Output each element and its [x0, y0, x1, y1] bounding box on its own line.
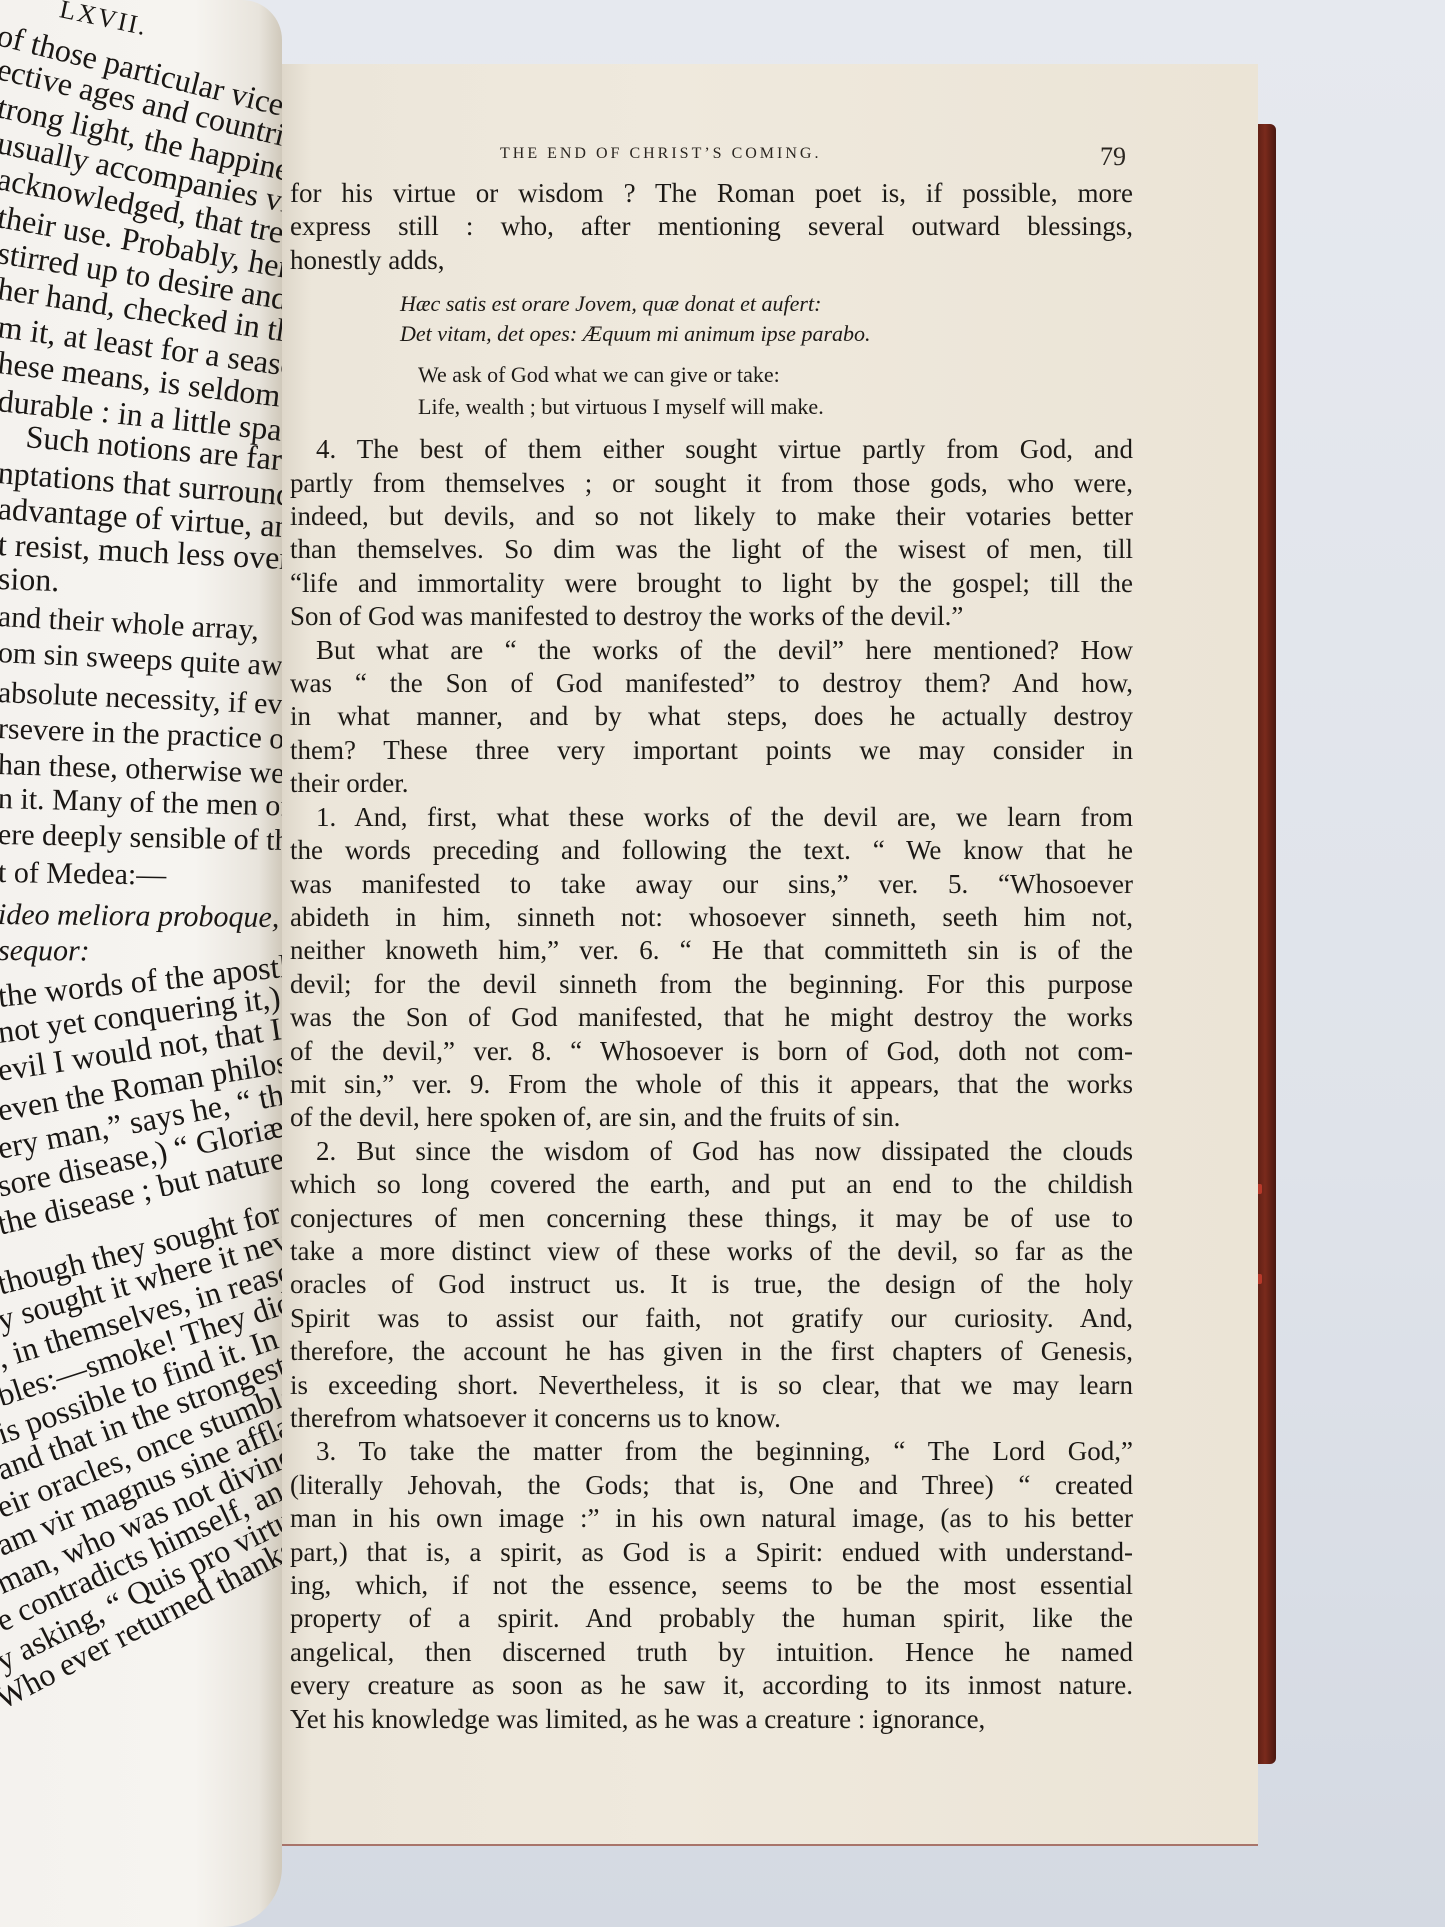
text-line: express still : who, after mentioning se…	[290, 210, 1133, 243]
text-line: Yet his knowledge was limited, as he was…	[290, 1703, 1133, 1736]
paragraph-4: 4. The best of them either sought virtue…	[290, 433, 1133, 633]
left-text-line: sequor:	[0, 934, 90, 968]
text-line: conjectures of men concerning these thin…	[290, 1202, 1133, 1235]
paragraph-3: 3. To take the matter from the beginning…	[290, 1435, 1133, 1736]
text-line: “life and immortality were brought to li…	[290, 567, 1133, 600]
text-line: Spirit was to assist our faith, not grat…	[290, 1302, 1133, 1335]
text-line: take a more distinct view of these works…	[290, 1235, 1133, 1268]
paragraph-questions: But what are “ the works of the devil” h…	[290, 634, 1133, 801]
page-number: 79	[1100, 142, 1126, 172]
text-line: (literally Jehovah, the Gods; that is, O…	[290, 1469, 1133, 1502]
text-line: of the devil,” ver. 8. “ Whosoever is bo…	[290, 1035, 1133, 1068]
book-cover-edge	[1256, 124, 1276, 1764]
text-line: man in his own image :” in his own natur…	[290, 1502, 1133, 1535]
running-head: THE END OF CHRIST’S COMING.	[500, 145, 821, 163]
text-line: property of a spirit. And probably the h…	[290, 1602, 1133, 1635]
text-line: was manifested to take away our sins,” v…	[290, 868, 1133, 901]
left-text-line: sion.	[0, 560, 60, 599]
text-line: than themselves. So dim was the light of…	[290, 533, 1133, 566]
page-body-text: for his virtue or wisdom ? The Roman poe…	[290, 177, 1133, 1736]
text-line: of the devil, here spoken of, are sin, a…	[290, 1101, 1133, 1134]
text-line: in what manner, and by what steps, does …	[290, 700, 1133, 733]
english-verse-line: Life, wealth ; but virtuous I myself wil…	[290, 391, 1133, 423]
text-line: 2. But since the wisdom of God has now d…	[290, 1135, 1133, 1168]
paragraph-1: 1. And, first, what these works of the d…	[290, 801, 1133, 1135]
text-line: therefore, the account he has given in t…	[290, 1335, 1133, 1368]
text-line: 1. And, first, what these works of the d…	[290, 801, 1133, 834]
left-text-line: t of Medea:—	[0, 856, 167, 893]
text-line: for his virtue or wisdom ? The Roman poe…	[290, 177, 1133, 210]
text-line: 3. To take the matter from the beginning…	[290, 1435, 1133, 1468]
text-line: the words preceding and following the te…	[290, 834, 1133, 867]
text-line: abideth in him, sinneth not: whosoever s…	[290, 901, 1133, 934]
text-line: them? These three very important points …	[290, 734, 1133, 767]
text-line: was “ the Son of God manifested” to dest…	[290, 667, 1133, 700]
text-line: was the Son of God manifested, that he m…	[290, 1001, 1133, 1034]
text-line: honestly adds,	[290, 244, 1133, 277]
verse-quotation: Hæc satis est orare Jovem, quæ donat et …	[290, 289, 1133, 423]
text-line: mit sin,” ver. 9. From the whole of this…	[290, 1068, 1133, 1101]
text-line: part,) that is, a spirit, as God is a Sp…	[290, 1536, 1133, 1569]
text-line: every creature as soon as he saw it, acc…	[290, 1669, 1133, 1702]
latin-verse-line: Hæc satis est orare Jovem, quæ donat et …	[290, 289, 1133, 319]
text-line: 4. The best of them either sought virtue…	[290, 433, 1133, 466]
text-line: neither knoweth him,” ver. 6. “ He that …	[290, 934, 1133, 967]
left-text-line: ideo meliora proboque,	[0, 898, 280, 935]
text-line: Son of God was manifested to destroy the…	[290, 600, 1133, 633]
paragraph-2: 2. But since the wisdom of God has now d…	[290, 1135, 1133, 1436]
text-line: But what are “ the works of the devil” h…	[290, 634, 1133, 667]
left-page-curled: LXVII. of those particular vices whectiv…	[0, 0, 282, 1927]
text-line: which so long covered the earth, and put…	[290, 1168, 1133, 1201]
english-verse-line: We ask of God what we can give or take:	[290, 359, 1133, 391]
text-line: their order.	[290, 767, 1133, 800]
left-text-line: ere deeply sensible of this. T	[0, 818, 282, 859]
text-line: ing, which, if not the essence, seems to…	[290, 1569, 1133, 1602]
text-line: is exceeding short. Nevertheless, it is …	[290, 1369, 1133, 1402]
text-line: partly from themselves ; or sought it fr…	[290, 467, 1133, 500]
text-line: indeed, but devils, and so not likely to…	[290, 500, 1133, 533]
text-line: angelical, then discerned truth by intui…	[290, 1636, 1133, 1669]
text-line: oracles of God instruct us. It is true, …	[290, 1268, 1133, 1301]
latin-verse-line: Det vitam, det opes: Æquum mi animum ips…	[290, 319, 1133, 349]
text-line: devil; for the devil sinneth from the be…	[290, 968, 1133, 1001]
text-line: therefrom whatsoever it concerns us to k…	[290, 1402, 1133, 1435]
